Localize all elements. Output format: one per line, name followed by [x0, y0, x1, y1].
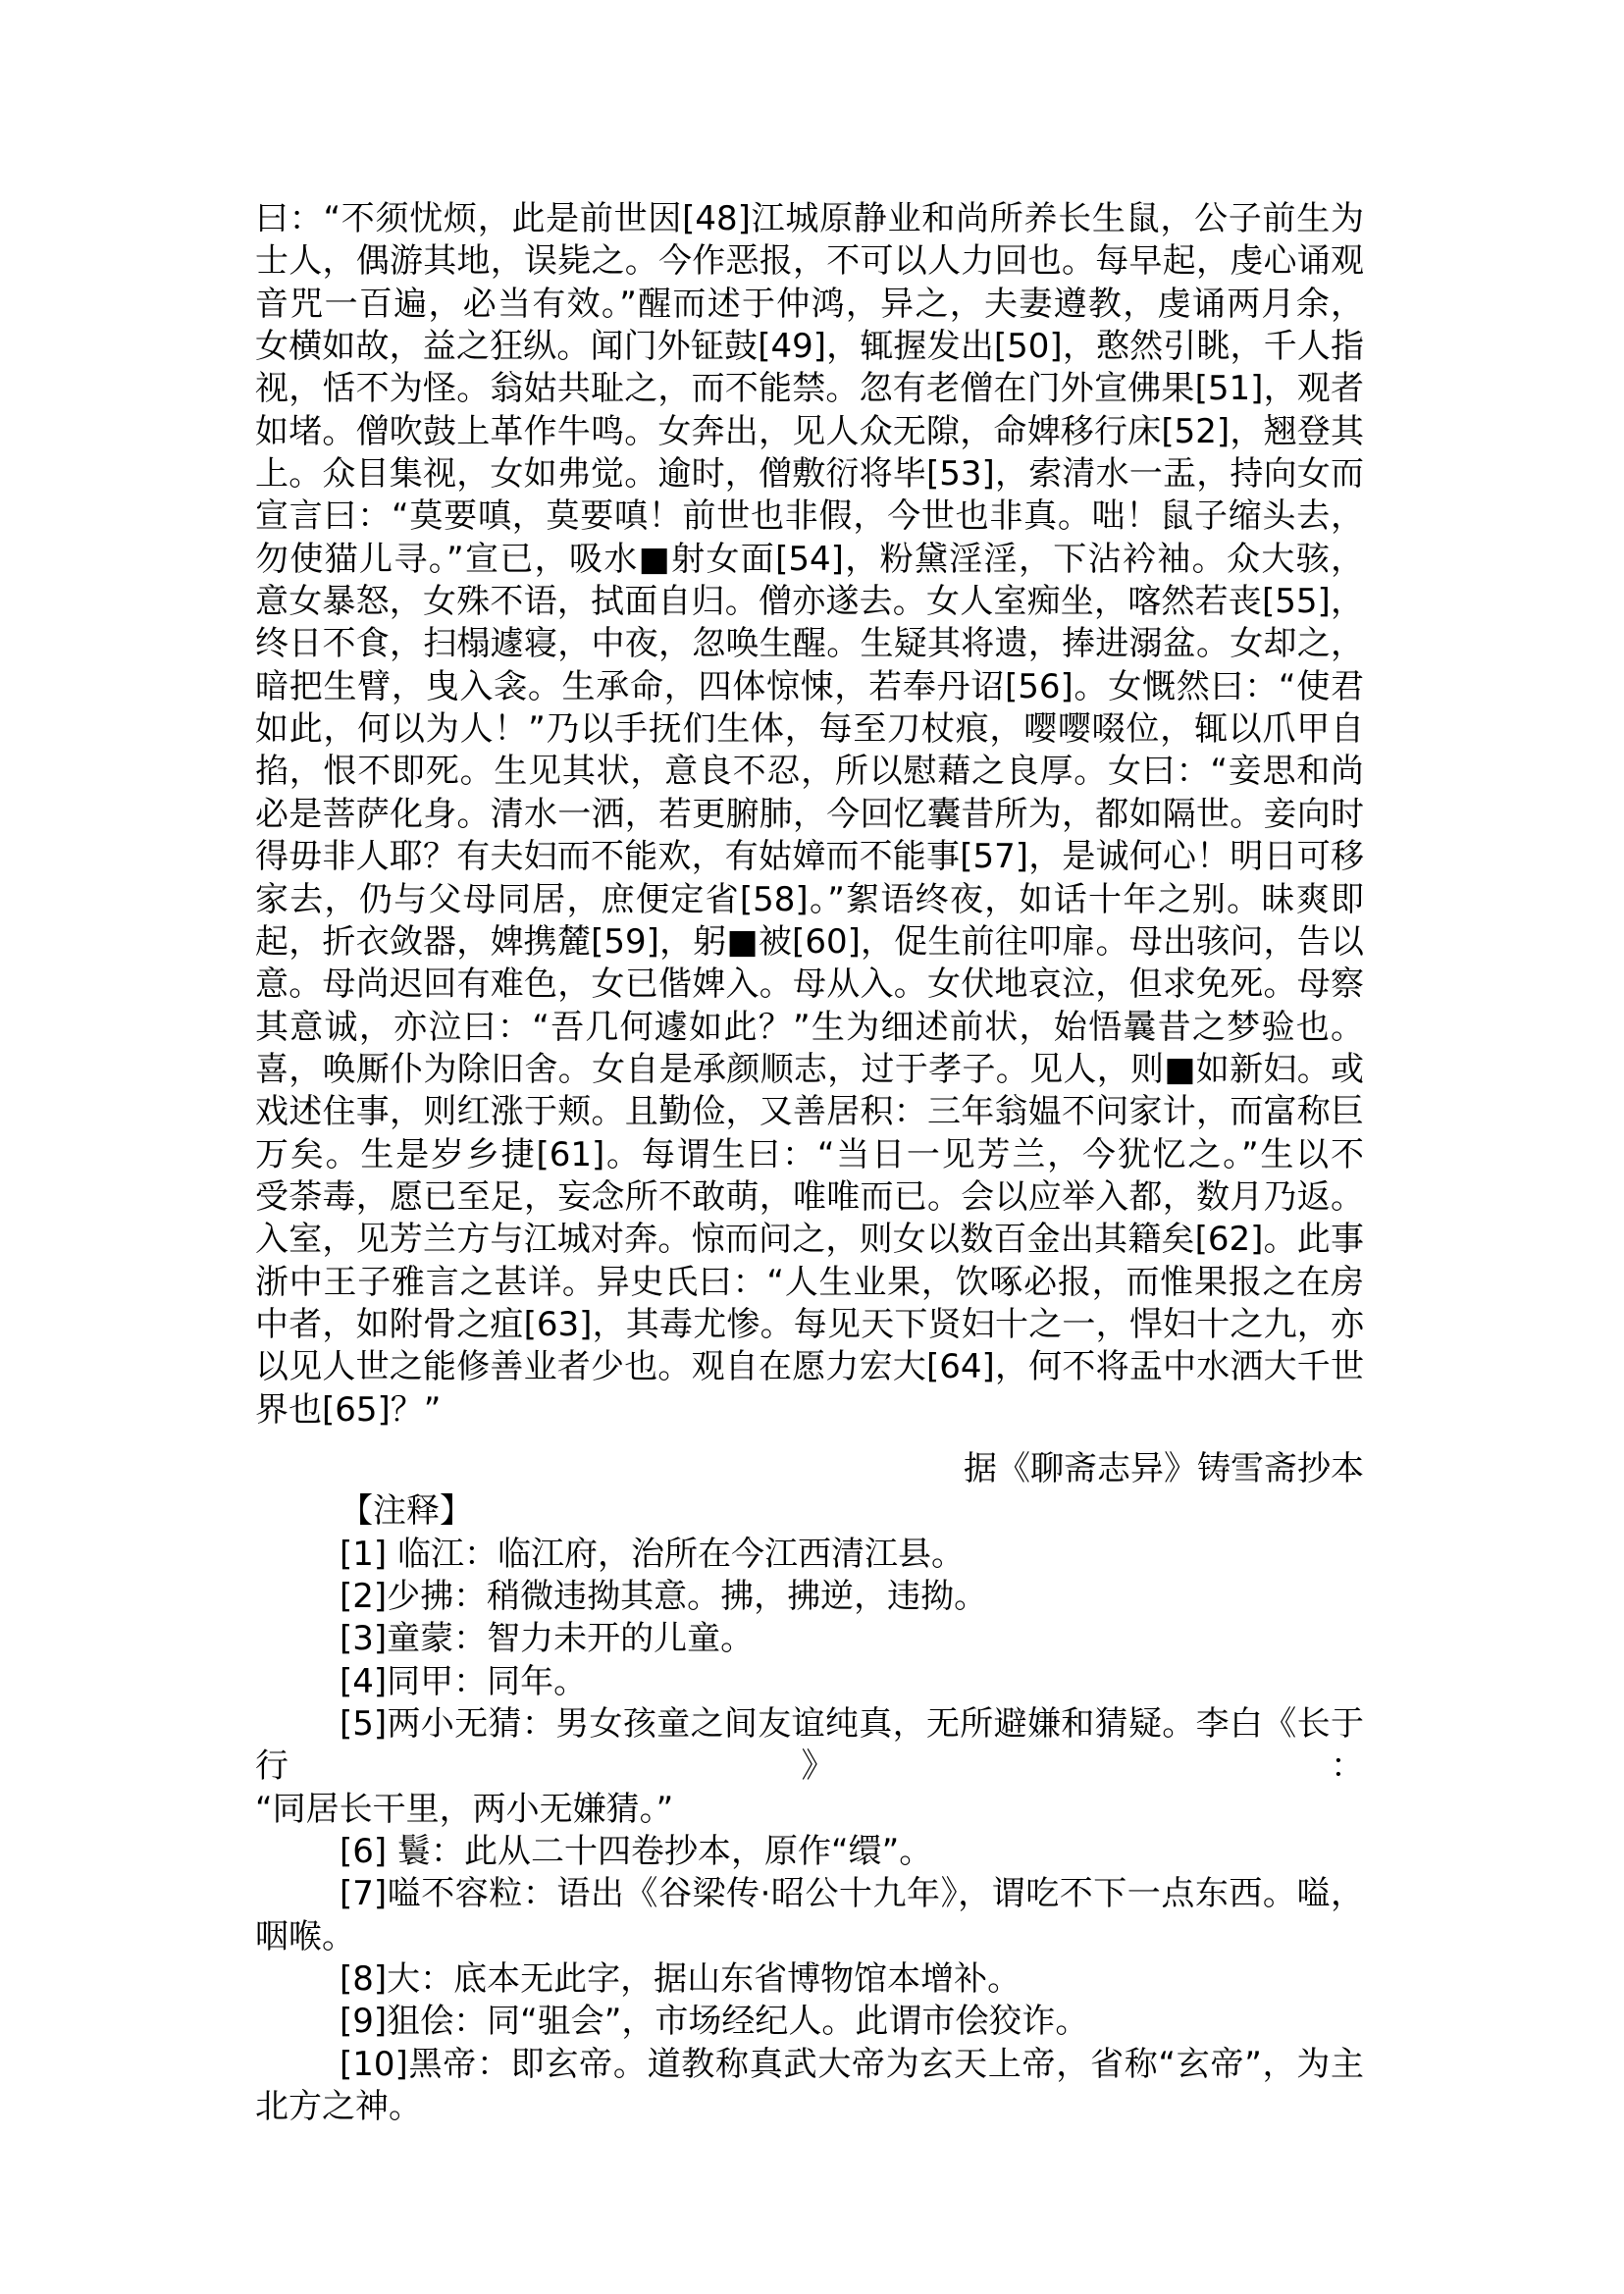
note-line: [2]少拂：稍微违拗其意。拂，拂逆，违拗。	[255, 1576, 1364, 1618]
body-line: 终日不食，扫榻遽寝，中夜，忽唤生醒。生疑其将遗，捧进溺盆。女却之，	[255, 623, 1364, 665]
body-line: 戏述住事，则红涨于颊。且勤俭，又善居积：三年翁媪不问家计，而富称巨	[255, 1091, 1364, 1133]
body-line: 喜，唤厮仆为除旧舍。女自是承颜顺志，过于孝子。见人，则■如新妇。或	[255, 1049, 1364, 1091]
body-line: 女横如故，益之狂纵。闻门外钲鼓[49]，辄握发出[50]，憨然引眺，千人指	[255, 326, 1364, 368]
body-line: 如此，何以为人！”乃以手抚们生体，每至刀杖痕，嘤嘤啜位，辄以爪甲自	[255, 708, 1364, 751]
body-line: 万矣。生是岁乡捷[61]。每谓生曰：“当日一见芳兰，今犹忆之。”生以不	[255, 1134, 1364, 1176]
body-line: 界也[65]？”	[255, 1389, 1364, 1432]
body-line: 浙中王子雅言之甚详。异史氏曰：“人生业果，饮啄必报，而惟果报之在房	[255, 1262, 1364, 1304]
body-line: 起，折衣敛器，婢携麓[59]，躬■被[60]，促生前往叩扉。母出骇问，告以	[255, 921, 1364, 964]
note-line: [7]嗌不容粒：语出《谷梁传·昭公十九年》，谓吃不下一点东西。嗌，	[255, 1873, 1364, 1915]
body-line: 音咒一百遍，必当有效。”醒而述于仲鸿，异之，夫妻遵教，虔诵两月余，	[255, 284, 1364, 326]
body-line: 宣言曰：“莫要嗔，莫要嗔！前世也非假，今世也非真。咄！鼠子缩头去，	[255, 495, 1364, 538]
body-line: 家去，仍与父母同居，庶便定省[58]。”絮语终夜，如话十年之别。昧爽即	[255, 879, 1364, 921]
body-line: 曰：“不须忧烦，此是前世因[48]江城原静业和尚所养长生鼠，公子前生为	[255, 198, 1364, 240]
body-line: 如堵。僧吹鼓上革作牛鸣。女奔出，见人众无隙，命婢移行床[52]，翘登其	[255, 411, 1364, 453]
note-line: [8]大：底本无此字，据山东省博物馆本增补。	[255, 1958, 1364, 2001]
note-line: [10]黑帝：即玄帝。道教称真武大帝为玄天上帝，省称“玄帝”，为主	[255, 2044, 1364, 2086]
body-line: 士人，偶游其地，误毙之。今作恶报，不可以人力回也。每早起，虔心诵观	[255, 240, 1364, 283]
section-gap	[255, 1432, 1364, 1448]
note-line: [9]狙侩：同“驵会”，市场经纪人。此谓市侩狡诈。	[255, 2001, 1364, 2043]
notes-header: 【注释】	[255, 1490, 1364, 1533]
body-line: 必是菩萨化身。清水一洒，若更腑肺，今回忆囊昔所为，都如隔世。妾向时	[255, 794, 1364, 836]
body-line: 勿使猫儿寻。”宣已，吸水■射女面[54]，粉黛淫淫，下沾衿袖。众大骇，	[255, 539, 1364, 581]
body-line: 受荼毒，愿已至足，妄念所不敢萌，唯唯而已。会以应举入都，数月乃返。	[255, 1176, 1364, 1219]
document-page: { "document": { "colors": { "text": "#00…	[0, 0, 1624, 2294]
note-line: [6] 鬟：此从二十四卷抄本，原作“缳”。	[255, 1831, 1364, 1873]
body-line: 掐，恨不即死。生见其状，意良不忍，所以慰藉之良厚。女曰：“妾思和尚	[255, 751, 1364, 793]
body-line: 暗把生臂，曳入衾。生承命，四体惊悚，若奉丹诏[56]。女慨然曰：“使君	[255, 666, 1364, 708]
body-line: 意。母尚迟回有难色，女已偕婢入。母从入。女伏地哀泣，但求免死。母察	[255, 964, 1364, 1006]
body-line: 中者，如附骨之疽[63]，其毒尤惨。每见天下贤妇十之一，悍妇十之九，亦	[255, 1304, 1364, 1346]
note-line: [3]童蒙：智力未开的儿童。	[255, 1618, 1364, 1660]
note-line-continuation: 北方之神。	[255, 2086, 1364, 2128]
body-line: 视，恬不为怪。翁姑共耻之，而不能禁。忽有老僧在门外宣佛果[51]，观者	[255, 368, 1364, 410]
note-line: [1] 临江：临江府，治所在今江西清江县。	[255, 1534, 1364, 1576]
note-line-continuation: “同居长干里，两小无嫌猜。”	[255, 1789, 1364, 1831]
body-line: 入室，见芳兰方与江城对奔。惊而问之，则女以数百金出其籍矣[62]。此事	[255, 1219, 1364, 1261]
note-line: [5]两小无猜：男女孩童之间友谊纯真，无所避嫌和猜疑。李白《长于行》：	[255, 1703, 1364, 1789]
note-line-continuation: 咽喉。	[255, 1916, 1364, 1958]
note-line: [4]同甲：同年。	[255, 1661, 1364, 1703]
body-line: 意女暴怒，女殊不语，拭面自归。僧亦遂去。女人室痴坐，喀然若丧[55]，	[255, 581, 1364, 623]
page-text-block: 曰：“不须忧烦，此是前世因[48]江城原静业和尚所养长生鼠，公子前生为 士人，偶…	[255, 198, 1364, 2128]
body-line: 上。众目集视，女如弗觉。逾时，僧敷衍将毕[53]，索清水一盂，持向女而	[255, 453, 1364, 495]
body-line: 得毋非人耶？有夫妇而不能欢，有姑嫜而不能事[57]，是诚何心！明日可移	[255, 836, 1364, 878]
attribution-line: 据《聊斋志异》铸雪斋抄本	[255, 1448, 1364, 1490]
body-line: 其意诚，亦泣曰：“吾几何遽如此？”生为细述前状，始悟曩昔之梦验也。	[255, 1007, 1364, 1049]
body-line: 以见人世之能修善业者少也。观自在愿力宏大[64]，何不将盂中水洒大千世	[255, 1346, 1364, 1388]
